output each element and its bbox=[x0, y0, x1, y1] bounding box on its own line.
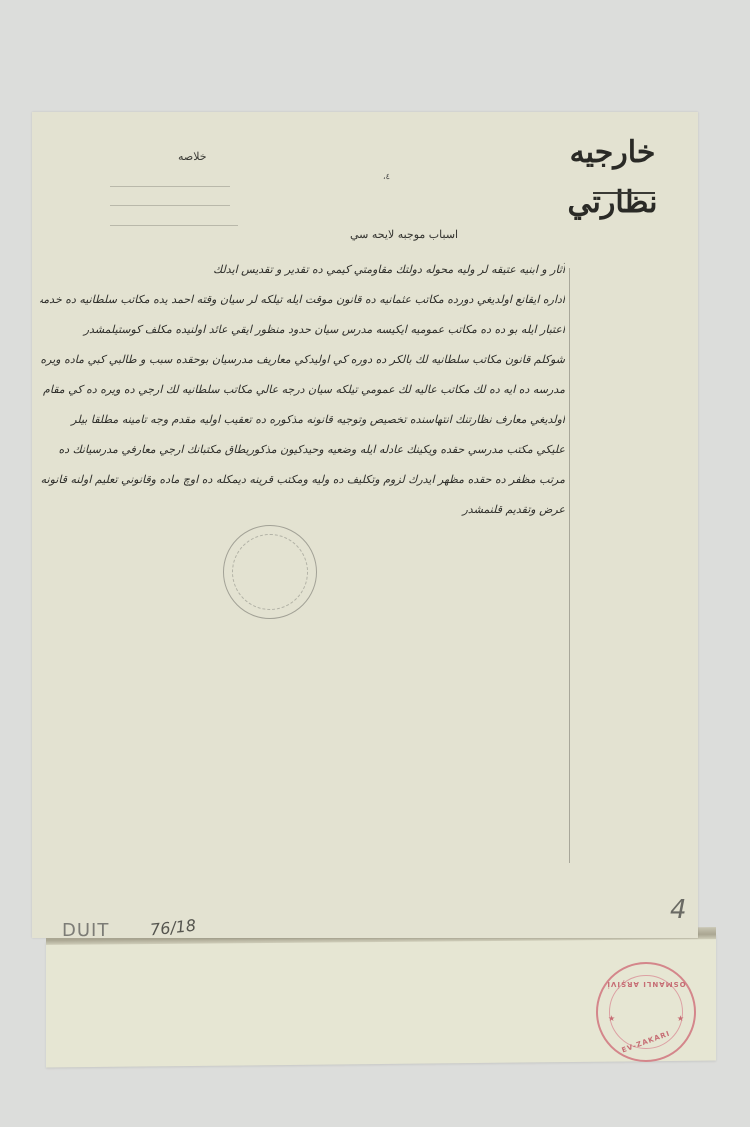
summary-label: خلاصه bbox=[178, 150, 207, 163]
letterhead-calligraphy: خارجيه نظارتي bbox=[555, 128, 670, 228]
handwritten-page-number: 4 bbox=[670, 895, 687, 925]
archive-stamp-top-text: OSMANLI ARŞİVİ bbox=[598, 980, 694, 988]
star-icon: ★ bbox=[608, 1014, 615, 1023]
body-line: مدرسه ده ايه ده لك مكاتب عاليه لك عمومي … bbox=[40, 375, 565, 405]
margin-rule bbox=[569, 268, 570, 863]
body-line: شوكلم قانون مكاتب سلطانيه لك بالكر ده دو… bbox=[40, 345, 565, 375]
body-line: اعتبار ايله بو ده ده مكاتب عموميه ايكيسه… bbox=[40, 315, 565, 345]
summary-line-2 bbox=[110, 205, 230, 206]
archive-stamp: OSMANLI ARŞİVİ EV-ZAKARI ★ ★ bbox=[596, 962, 696, 1062]
letterhead-underline bbox=[593, 192, 655, 194]
document-body: آثار و ابنيه عتيقه لر وليه محوله دولتك م… bbox=[40, 255, 565, 525]
handwritten-code: DUIT bbox=[62, 920, 109, 941]
star-icon: ★ bbox=[677, 1014, 684, 1023]
document-number-mark: ،٤ bbox=[383, 172, 390, 181]
document-subject: اسباب موجبه لايحه سي bbox=[350, 228, 458, 241]
body-line: آثار و ابنيه عتيقه لر وليه محوله دولتك م… bbox=[40, 255, 565, 285]
summary-line-3 bbox=[110, 225, 238, 226]
body-line-closing: عرض وتقديم قلنمشدر bbox=[40, 495, 565, 525]
summary-line-1 bbox=[110, 186, 230, 187]
letterhead: خارجيه نظارتي bbox=[555, 128, 670, 198]
body-line: اولديغي معارف نظارتنك انتهاسنده تخصيص وت… bbox=[40, 405, 565, 435]
ink-seal bbox=[223, 525, 317, 619]
body-line: اداره ايقانع اولديغي دورده مكاتب عثمانيه… bbox=[40, 285, 565, 315]
body-line: مرتب مظفر ده حقده مظهر ايدرك لزوم وتكليف… bbox=[40, 465, 565, 495]
body-line: عليكي مكتب مدرسي حقده ويكينك عادله ايله … bbox=[40, 435, 565, 465]
